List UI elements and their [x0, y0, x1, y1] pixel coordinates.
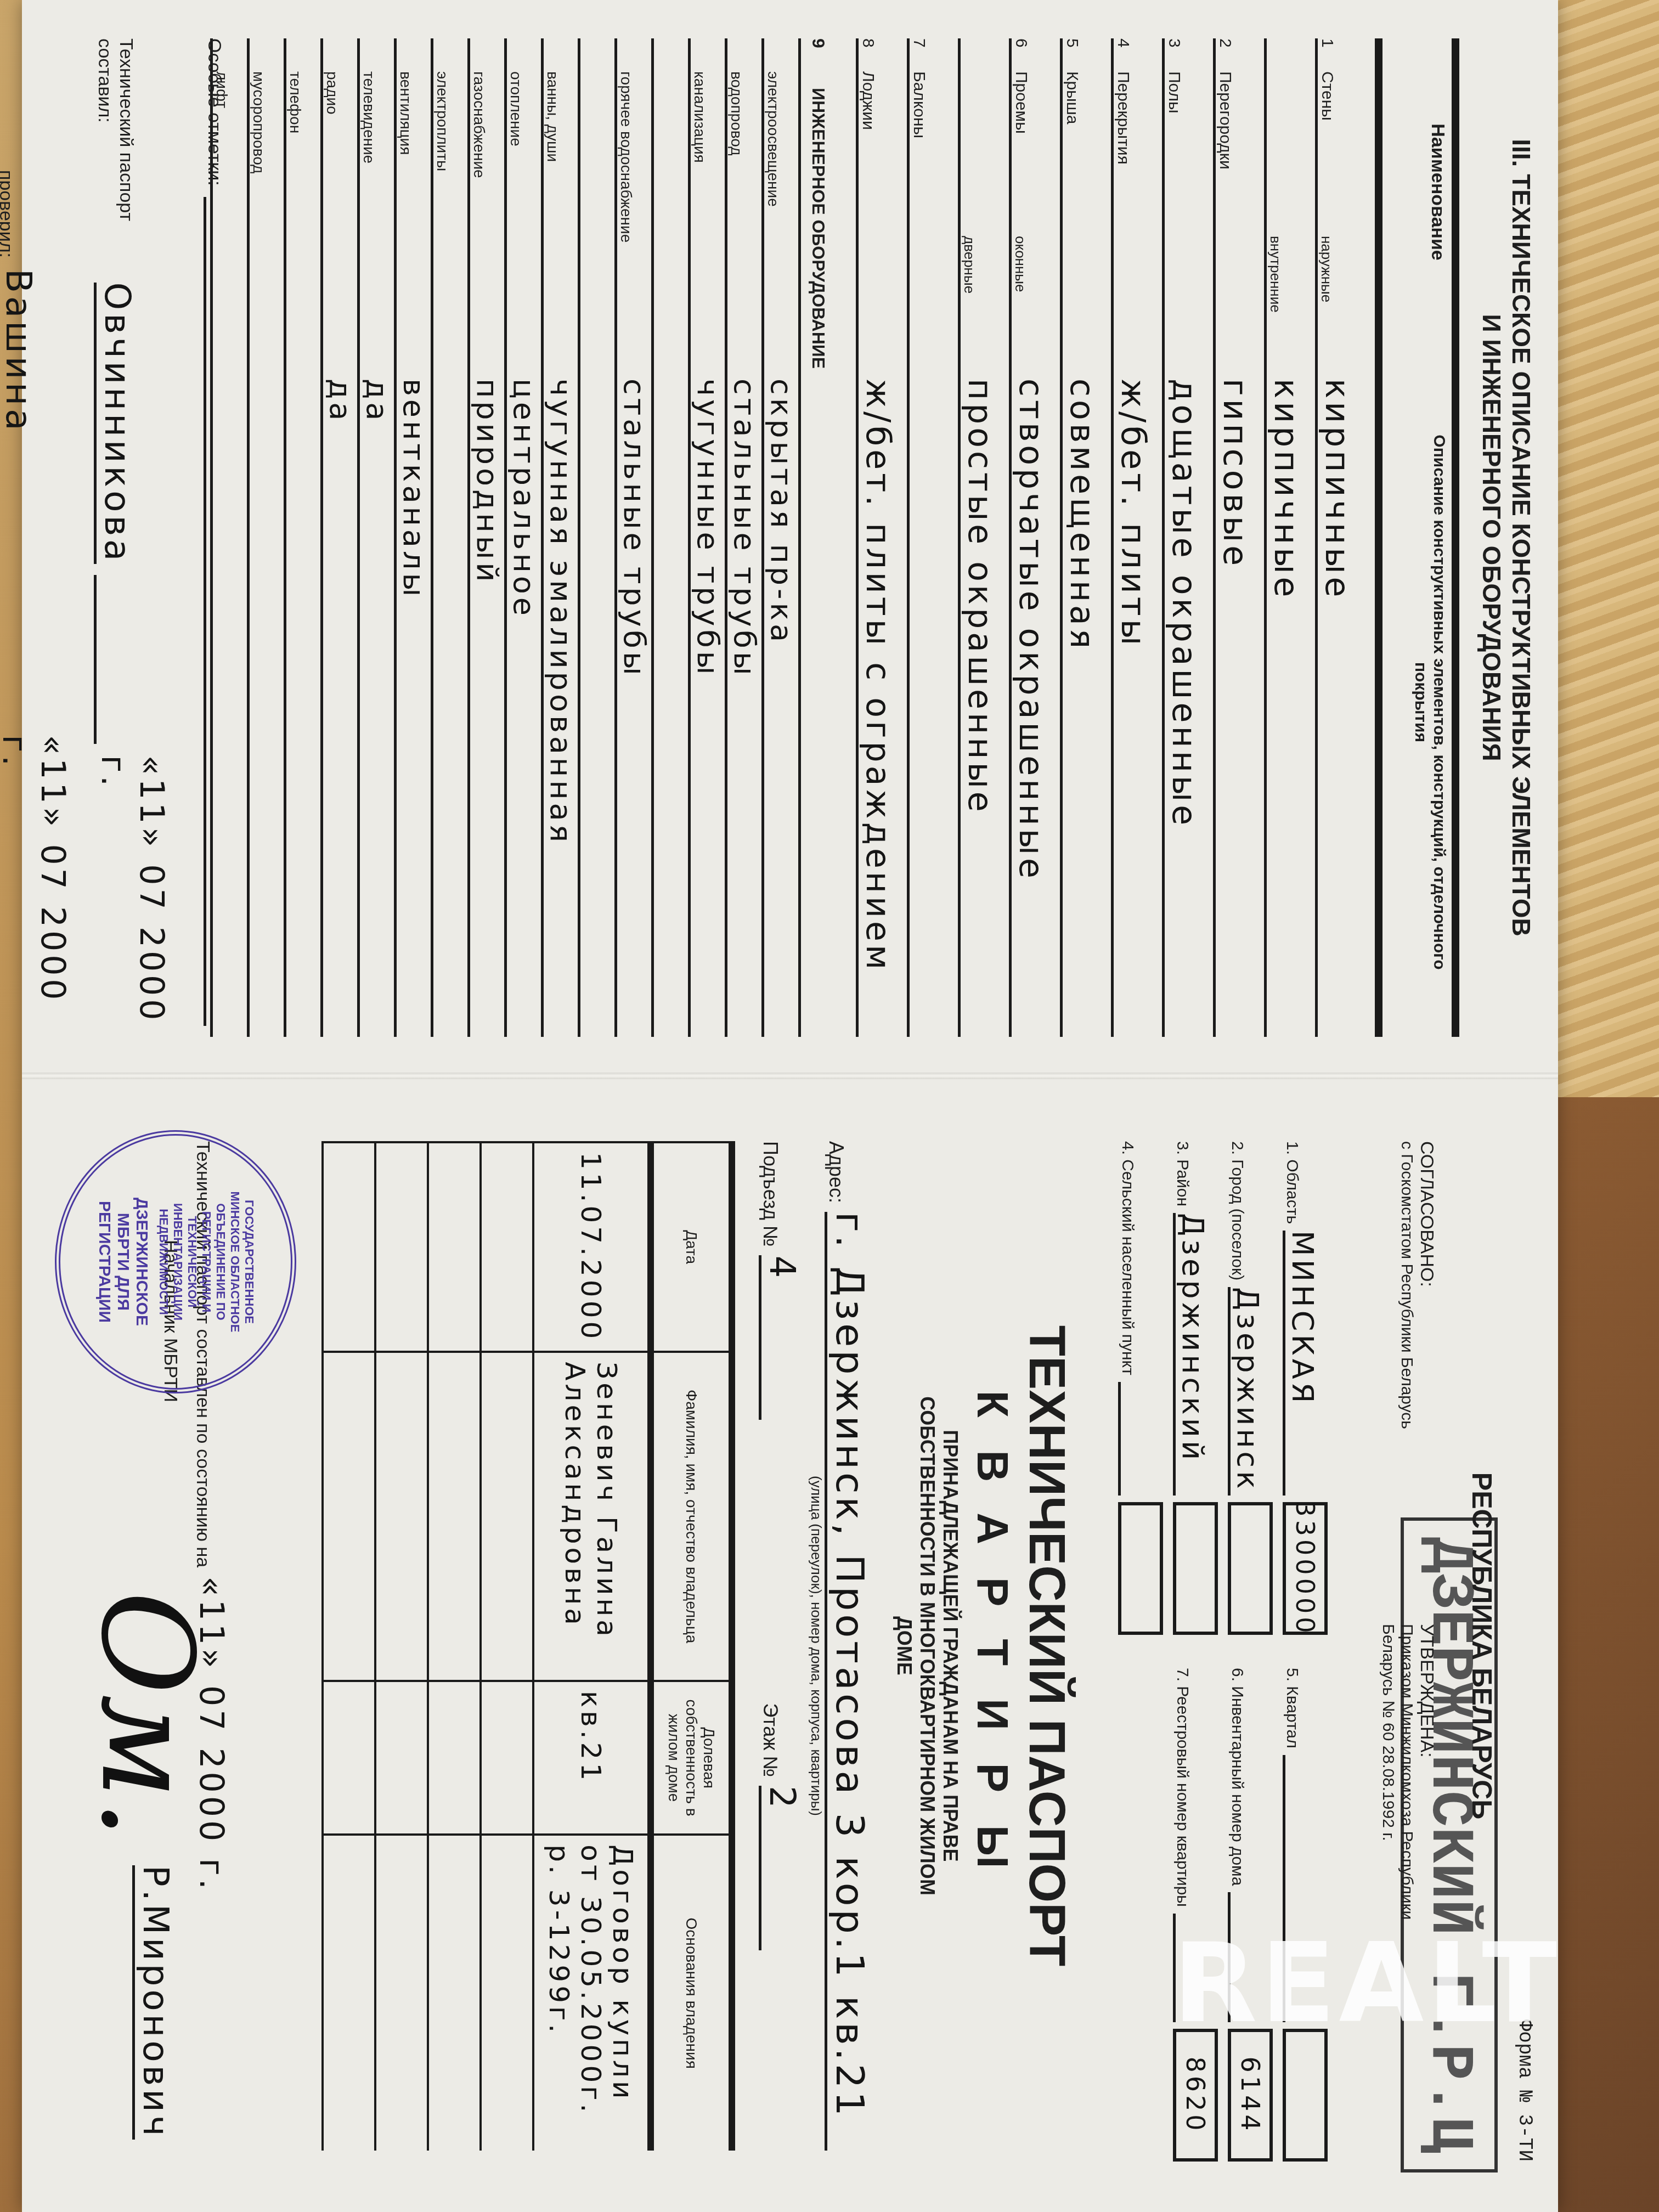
eng-row-name: электроосвещение: [764, 71, 782, 379]
structure-row: 2Перегородкигипсовые: [1213, 38, 1264, 1037]
address-label: Адрес:: [825, 1141, 848, 1203]
row-name: Крыша: [1063, 71, 1081, 236]
engineering-row: отоплениецентральное: [504, 38, 541, 1037]
field-label: 3. Район: [1173, 1141, 1192, 1206]
field-code-box: 8620: [1173, 2029, 1218, 2162]
row-number: 3: [1165, 38, 1183, 71]
compiled-label: Технический паспорт составил:: [94, 38, 137, 272]
field-label: 4. Сельский населенный пункт: [1118, 1141, 1137, 1375]
owners-header: Фамилия, имя, отчество владельца: [651, 1352, 732, 1681]
engineering-row: электроосвещениескрытая пр-ка: [761, 38, 798, 1037]
row-name: Лоджии: [859, 71, 877, 236]
row-number: 1: [1318, 38, 1336, 71]
cover-field: 2. Город (поселок)Дзержинск: [1228, 1141, 1273, 1635]
eng-row-value: да: [360, 379, 394, 1037]
owners-header: Дата: [651, 1142, 732, 1352]
owners-empty-row: [375, 1142, 428, 2151]
structure-row: 5Крышасовмещенная: [1060, 38, 1111, 1037]
field-value: МИНСКАЯ: [1283, 1231, 1320, 1496]
cover-field: 4. Сельский населенный пункт: [1118, 1141, 1163, 1635]
cover-field: 3. РайонДзержинский: [1173, 1141, 1218, 1635]
row-value: гипсовые: [1216, 379, 1254, 1037]
compiled-date: «11» 07 2000 г.: [94, 755, 171, 1026]
eng-row-name: мусоропровод: [250, 71, 267, 379]
floor-label: Этаж №: [759, 1703, 782, 1777]
eng-row-value: природный: [470, 379, 505, 1037]
engineering-row: мусоропровод: [247, 38, 284, 1037]
structure-row: 4Перекрытияж/бет. плиты: [1111, 38, 1162, 1037]
row-sub: дверные: [961, 236, 978, 379]
eng-row-name: канализация: [691, 71, 708, 379]
approved-label: УТВЕРЖДЕНА:: [1416, 1624, 1437, 1931]
engineering-row: [578, 38, 614, 1037]
engineering-row: вентиляциявентканалы: [394, 38, 431, 1037]
eng-row-value: скрытая пр-ка: [764, 379, 799, 1037]
field-label: 2. Город (поселок): [1228, 1141, 1246, 1280]
owners-cell-basis: Договор купли от 30.05.2000г. р. 3-1299г…: [533, 1835, 651, 2151]
agreed-label: СОГЛАСОВАНО:: [1416, 1141, 1437, 1470]
eng-row-value: стальные трубы: [727, 379, 762, 1037]
eng-row-name: газоснабжение: [470, 71, 488, 379]
field-label: 5. Квартал: [1283, 1668, 1301, 1748]
engineering-row: [651, 38, 688, 1037]
row-number: 8: [859, 38, 877, 71]
field-label: 6. Инвентарный номер дома: [1228, 1668, 1246, 1886]
owners-table: ДатаФамилия, имя, отчество владельцаДоле…: [321, 1141, 735, 2151]
engineering-row: газоснабжениеприродный: [467, 38, 504, 1037]
row-value: простые окрашенные: [961, 379, 999, 1037]
eng-row-name: ванны, души: [544, 71, 561, 379]
eng-row-name: отопление: [507, 71, 524, 379]
owners-empty-row: [323, 1142, 375, 2151]
row-sub: внутренние: [1267, 236, 1284, 379]
owners-cell-date: 11.07.2000: [533, 1142, 651, 1352]
eng-row-name: горячее водоснабжение: [617, 71, 635, 379]
checked-name: Вашина: [0, 269, 38, 531]
engineering-row: телевидениеда: [357, 38, 394, 1037]
field-code-box: [1173, 1502, 1218, 1635]
row-name: Полы: [1165, 71, 1183, 236]
field-value: [1118, 1382, 1154, 1496]
engineering-row: водопроводстальные трубы: [725, 38, 761, 1037]
eng-row-value: вентканалы: [397, 379, 431, 1037]
row-value: ж/бет. плиты с ограждением: [859, 379, 897, 1037]
special-notes-field[interactable]: [204, 197, 206, 1026]
address-value: г. Дзержинск, Протасова 3 кор.1 кв.21: [825, 1212, 872, 2151]
owners-empty-row: [481, 1142, 533, 2151]
entrance-label: Подъезд №: [759, 1141, 782, 1246]
chief-signature: Ом.: [73, 1591, 219, 1839]
eng-row-name: радио: [323, 71, 341, 379]
checked-date: «11» 07 2000 г.: [0, 735, 72, 1026]
field-code-box: 3300000: [1283, 1502, 1328, 1635]
row-value: совмещенная: [1063, 379, 1101, 1037]
structure-row: 3Полыдощатые окрашенные: [1162, 38, 1213, 1037]
cover-field: 7. Реестровый номер квартиры8620: [1173, 1668, 1218, 2162]
eng-row-name: вентиляция: [397, 71, 414, 379]
floor-value: 2: [759, 1786, 802, 1950]
row-value: створчатые окрашенные: [1012, 379, 1050, 1037]
row-value: кирпичные: [1267, 379, 1305, 1037]
field-label: 7. Реестровый номер квартиры: [1173, 1668, 1192, 1907]
realt-watermark: REALT: [1173, 1920, 1560, 2047]
eng-row-value: центральное: [507, 379, 541, 1037]
row-sub: наружные: [1318, 236, 1335, 379]
row-value: кирпичные: [1318, 379, 1356, 1037]
row-name: Перекрытия: [1114, 71, 1132, 236]
structure-row: 1Стенынаружныекирпичные: [1315, 38, 1366, 1037]
field-value: Дзержинск: [1228, 1287, 1265, 1496]
eng-row-value: чугунная эмалированная: [544, 379, 578, 1037]
document-sheet: III. ТЕХНИЧЕСКОЕ ОПИСАНИЕ КОНСТРУКТИВНЫХ…: [22, 0, 1558, 2212]
structure-row: дверныепростые окрашенные: [958, 38, 1009, 1037]
owners-header: Долевая собственность в жилом доме: [651, 1681, 732, 1835]
row-number: 2: [1216, 38, 1234, 71]
col-name-header: Наименование: [1427, 38, 1448, 346]
eng-row-value: да: [323, 379, 358, 1037]
owners-empty-row: [428, 1142, 481, 2151]
structure-row: внутренниекирпичные: [1264, 38, 1315, 1037]
field-code-box: [1118, 1502, 1163, 1635]
structure-table: 1Стенынаружныекирпичныевнутренниекирпичн…: [856, 38, 1366, 1037]
row-name: Стены: [1318, 71, 1336, 236]
eng-row-name: электроплиты: [433, 71, 451, 379]
owners-cell-share: кв.21: [533, 1681, 651, 1835]
eng-row-name: телефон: [286, 71, 304, 379]
owners-cell-owner: Зеневич Галина Александровна: [533, 1352, 651, 1681]
section-title-line2: И ИНЖЕНЕРНОГО ОБОРУДОВАНИЯ: [1477, 16, 1506, 1059]
approved-body: Приказом Минжилкомхоза Республики Белару…: [1379, 1624, 1416, 1931]
section-3-page: III. ТЕХНИЧЕСКОЕ ОПИСАНИЕ КОНСТРУКТИВНЫХ…: [55, 16, 1558, 1059]
passport-subtitle: КВАРТИРЫ: [967, 1097, 1018, 2194]
engineering-row: телефон: [284, 38, 320, 1037]
engineering-row: ванны, душичугунная эмалированная: [541, 38, 578, 1037]
cover-field: 6. Инвентарный номер дома6144: [1228, 1668, 1273, 2162]
eng-row-value: стальные трубы: [617, 379, 652, 1037]
section-title-line1: III. ТЕХНИЧЕСКОЕ ОПИСАНИЕ КОНСТРУКТИВНЫХ…: [1506, 16, 1536, 1059]
eng-row-name: водопровод: [727, 71, 745, 379]
cover-field: 1. ОбластьМИНСКАЯ3300000: [1283, 1141, 1328, 1635]
owners-row: 11.07.2000Зеневич Галина Александровнакв…: [533, 1142, 651, 2151]
cover-field: 5. Квартал: [1283, 1668, 1328, 2162]
entrance-value: 4: [759, 1255, 802, 1420]
eng-row-name: телевидение: [360, 71, 377, 379]
compiled-signature: [94, 575, 97, 744]
row-name: Перегородки: [1216, 71, 1234, 236]
engineering-row: электроплиты: [431, 38, 467, 1037]
row-number: 4: [1114, 38, 1132, 71]
passport-title: ТЕХНИЧЕСКИЙ ПАСПОРТ: [1018, 1097, 1075, 2194]
page-fold: [22, 1073, 1558, 1079]
agreed-body: с Госкомстатом Республики Беларусь: [1397, 1141, 1416, 1470]
row-name: Проемы: [1012, 71, 1030, 236]
row-number: 7: [910, 38, 928, 71]
eng-row-value: чугунные трубы: [691, 379, 725, 1037]
engineering-row: радиода: [320, 38, 357, 1037]
field-value: Дзержинский: [1173, 1213, 1210, 1496]
row-number: 5: [1063, 38, 1081, 71]
special-notes-label: Особые отметки:: [204, 38, 225, 186]
row-value: дощатые окрашенные: [1165, 379, 1203, 1037]
eng-number: 9: [801, 38, 828, 71]
row-sub: оконные: [1012, 236, 1029, 379]
checked-label: проверил:: [0, 170, 16, 258]
passport-subtitle2: ПРИНАДЛЕЖАЩЕЙ ГРАЖДАНАМ НА ПРАВЕ СОБСТВЕ…: [893, 1372, 962, 1920]
structure-row: 8Лоджииж/бет. плиты с ограждением: [856, 38, 907, 1037]
chief-name: Р.Миронович: [132, 1865, 176, 2140]
field-label: 1. Область: [1283, 1141, 1301, 1224]
eng-header: ИНЖЕНЕРНОЕ ОБОРУДОВАНИЕ: [801, 88, 828, 369]
structure-row: 7Балконы: [907, 38, 958, 1037]
row-name: Балконы: [910, 71, 928, 236]
row-number: 6: [1012, 38, 1030, 71]
official-seal: ГОСУДАРСТВЕННОЕ МИНСКОЕ ОБЛАСТНОЕ ОБЪЕДИ…: [55, 1130, 296, 1393]
field-code-box: 6144: [1228, 2029, 1273, 2162]
field-code-box: [1283, 2029, 1328, 2162]
field-code-box: [1228, 1502, 1273, 1635]
structure-row: 6Проемыоконныестворчатые окрашенные: [1009, 38, 1060, 1037]
engineering-table: 9ИНЖЕНЕРНОЕ ОБОРУДОВАНИЕэлектроосвещение…: [210, 38, 828, 1037]
col-desc-header: Описание конструктивных элементов, конст…: [1411, 400, 1448, 1004]
seal-center-text: ДЗЕРЖИНСКОЕ МБРТИ ДЛЯ РЕГИСТРАЦИИ: [95, 1180, 151, 1344]
address-caption: (улица (переулок), номер дома, корпуса, …: [808, 1141, 825, 2151]
engineering-row: горячее водоснабжениестальные трубы: [614, 38, 651, 1037]
owners-header: Основания владения: [651, 1835, 732, 2151]
compiled-name: Овчинникова: [94, 283, 137, 565]
seal-outer-text: ГОСУДАРСТВЕННОЕ МИНСКОЕ ОБЛАСТНОЕ ОБЪЕДИ…: [156, 1180, 256, 1344]
row-value: ж/бет. плиты: [1114, 379, 1152, 1037]
engineering-row: канализациячугунные трубы: [688, 38, 725, 1037]
